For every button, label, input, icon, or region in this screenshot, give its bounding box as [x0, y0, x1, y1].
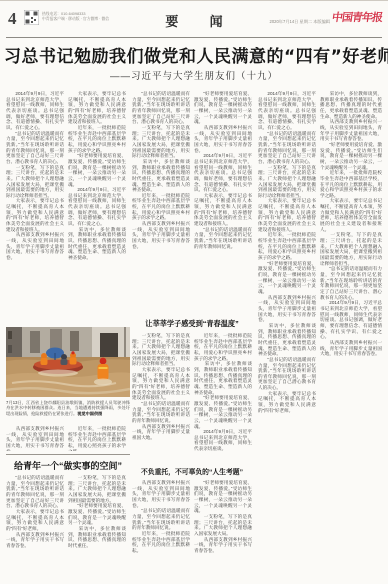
- newspaper-page: 4 热线电话：010-64098333 中青报客户端 · 移动版 · 官方微博 …: [0, 0, 388, 584]
- subheading-1: 让莘莘学子感受到“青春温度”: [132, 319, 252, 328]
- qr-code-icon: [24, 10, 39, 25]
- masthead-line2: 中青报客户端 · 移动版 · 官方微博 · 微信: [42, 17, 152, 22]
- text-column-4-top: “好老师要用爱培育爱、激发爱、传播爱。”受访师生们说，教育是一棵树摇动另一棵树，…: [194, 91, 252, 317]
- header-rule: [6, 37, 382, 38]
- text-column-5: 2014年9月9日，习近平总书记来到北京师范大学，看望慰问一线教师，同师生代表亲…: [258, 91, 316, 561]
- masthead-info: 热线电话：010-64098333 中青报客户端 · 移动版 · 官方微博 · …: [42, 12, 152, 22]
- page-header: 4 热线电话：010-64098333 中青报客户端 · 移动版 · 官方微博 …: [6, 7, 382, 35]
- text-column-1c: “总书记的话语温暖而有力量，至今回想起来仍记忆犹新。”当年在现场聆听讲话的青年教…: [6, 475, 64, 562]
- text-column-2b: 近年来，一批批师范院校毕业生奔赴中西部基层学校，在平凡的岗位上默默耕耘，用爱心照…: [68, 426, 126, 451]
- text-column-6: 采访中，多位教师谈到，教师职业承载着传播知识、传播思想、传播真理的时代重任，更承…: [320, 91, 382, 561]
- text-column-3-bottom: 从西部支教到乡村振兴一线，从实验室到田间地头，青年学子用脚步丈量祖国大地，用实干…: [132, 480, 190, 562]
- text-column-4-mid: 近年来，一批批师范院校毕业生奔赴中西部基层学校，在平凡的岗位上默默耕耘，用爱心和…: [194, 333, 252, 464]
- article-subtitle: ——习近平与大学生朋友们（十九）: [4, 68, 384, 82]
- photo-caption-text: 7月13日，江西省上饶市鄱阳县油墩街镇，消防救援人员驾驶冲锋舟在洪水中转移被困群…: [6, 400, 130, 416]
- text-column-2: 大家表示，要牢记总书记嘱托，不断提高育人本领，努力做党和人民满意的“四有”好老师…: [68, 91, 126, 323]
- subheading-2: 不负重托，不可辜负的“人生考题”: [132, 468, 252, 477]
- text-column-3-top: “总书记的话语温暖而有力量，至今回想起来仍记忆犹新。”当年在现场聆听讲话的青年教…: [132, 91, 190, 317]
- photo-caption: 7月13日，江西省上饶市鄱阳县油墩街镇，消防救援人员驾驶冲锋舟在洪水中转移被困群…: [6, 400, 130, 423]
- text-column-3-mid: 一支粉笔，写下的是真理；三尺讲台，托起的是未来。广大教师把个人理想融入国家发展大…: [132, 333, 190, 464]
- date-line: 2020年7月14日 星期二 本版编辑: [269, 19, 330, 25]
- main-headline: 习总书记勉励我们做党和人民满意的“四有”好老师: [4, 42, 384, 67]
- paper-logo: 中国青年报: [331, 9, 383, 25]
- photo-credit: 视觉中国供图: [77, 411, 102, 416]
- news-photo: [6, 327, 130, 397]
- text-column-2c: 一支粉笔，写下的是真理；三尺讲台，托起的是未来。广大教师把个人理想融入国家发展大…: [68, 475, 126, 562]
- section-title: 要 闻: [151, 11, 236, 30]
- text-column-1b: 从西部支教到乡村振兴一线，从实验室到田间地头，青年学子用脚步丈量祖国大地，用实干…: [6, 426, 64, 451]
- article-divider-rule: [6, 454, 130, 455]
- bottom-article-headline: 给青年一个“做实事的空间”: [6, 459, 130, 472]
- text-column-4-bottom: “好老师要用爱培育爱、激发爱、传播爱。”受访师生们说，教育是一棵树摇动另一棵树，…: [194, 480, 252, 562]
- page-number: 4: [8, 9, 17, 29]
- text-column-1: 2014年9月9日，习近平总书记来到北京师范大学，看望慰问一线教师，同师生代表亲…: [6, 91, 64, 323]
- flood-rescue-illustration: [6, 327, 130, 397]
